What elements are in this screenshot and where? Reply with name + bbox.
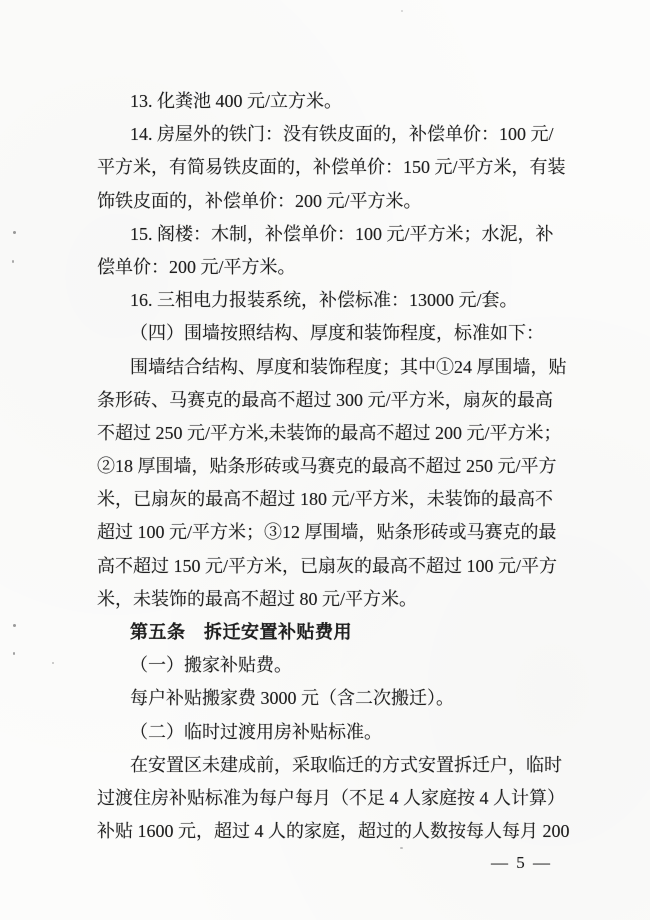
text-line: 高不超过 150 元/平方米，已扇灰的最高不超过 100 元/平方 xyxy=(97,550,553,583)
text-line: ②18 厚围墙，贴条形砖或马赛克的最高不超过 250 元/平方 xyxy=(97,450,553,483)
document-page: 13. 化粪池 400 元/立方米。14. 房屋外的铁门：没有铁皮面的，补偿单价… xyxy=(0,0,650,920)
text-line: 偿单价：200 元/平方米。 xyxy=(97,251,553,284)
text-line: 16. 三相电力报装系统，补偿标准：13000 元/套。 xyxy=(97,284,553,317)
scan-speck xyxy=(401,10,403,12)
text-line: 米，未装饰的最高不超过 80 元/平方米。 xyxy=(97,583,553,616)
text-line: 13. 化粪池 400 元/立方米。 xyxy=(97,85,553,118)
text-line: 在安置区未建成前，采取临迁的方式安置拆迁户，临时 xyxy=(97,749,553,782)
text-line: 过渡住房补贴标准为每户每月（不足 4 人家庭按 4 人计算） xyxy=(97,782,553,815)
text-line: 14. 房屋外的铁门：没有铁皮面的，补偿单价：100 元/ xyxy=(97,118,553,151)
scan-speck xyxy=(13,652,15,655)
text-line: 饰铁皮面的，补偿单价：200 元/平方米。 xyxy=(97,185,553,218)
text-line: （一）搬家补贴费。 xyxy=(97,649,553,682)
text-line: 平方米，有简易铁皮面的，补偿单价：150 元/平方米，有装 xyxy=(97,151,553,184)
scan-speck xyxy=(13,624,16,627)
text-line: 每户补贴搬家费 3000 元（含二次搬迁）。 xyxy=(97,682,553,715)
text-line: 条形砖、马赛克的最高不超过 300 元/平方米，扇灰的最高 xyxy=(97,384,553,417)
text-line: （二）临时过渡用房补贴标准。 xyxy=(97,716,553,749)
scan-speck xyxy=(12,260,14,263)
scan-speck xyxy=(13,231,16,234)
page-number: — 5 — xyxy=(491,853,552,873)
text-line: 超过 100 元/平方米；③12 厚围墙，贴条形砖或马赛克的最 xyxy=(97,516,553,549)
document-body: 13. 化粪池 400 元/立方米。14. 房屋外的铁门：没有铁皮面的，补偿单价… xyxy=(97,85,553,848)
text-line: 补贴 1600 元，超过 4 人的家庭，超过的人数按每人每月 200 xyxy=(97,815,553,848)
text-line: 15. 阁楼：木制，补偿单价：100 元/平方米；水泥，补 xyxy=(97,218,553,251)
text-line: 第五条 拆迁安置补贴费用 xyxy=(97,616,553,649)
scan-speck xyxy=(52,662,54,664)
text-line: 不超过 250 元/平方米,未装饰的最高不超过 200 元/平方米； xyxy=(97,417,553,450)
text-line: （四）围墙按照结构、厚度和装饰程度，标准如下： xyxy=(97,317,553,350)
text-line: 米，已扇灰的最高不超过 180 元/平方米，未装饰的最高不 xyxy=(97,483,553,516)
text-line: 围墙结合结构、厚度和装饰程度；其中①24 厚围墙，贴 xyxy=(97,351,553,384)
